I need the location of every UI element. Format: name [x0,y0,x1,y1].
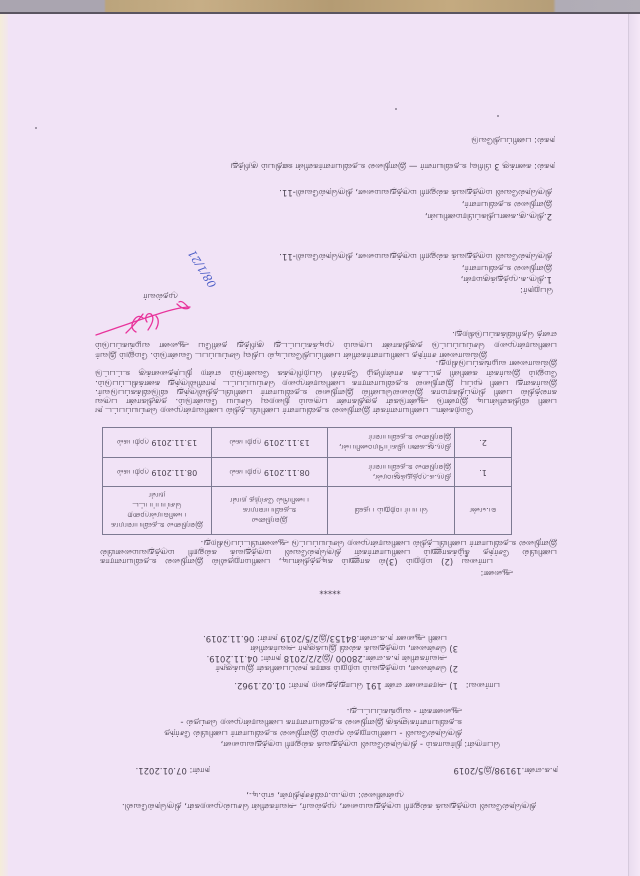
reference-item: 2) சென்னை, மருத்துவம் மற்றும் ஊரக நலப்பண… [168,662,458,673]
header-serial: வ.எண் [455,487,512,535]
references-label: பார்வை: [460,679,500,690]
recipient-line: இளநிலை உதவியாளர், [352,262,552,273]
recipient-line: திருநெல்வேலி மருத்துவக் கல்லூரி மருத்துவ… [214,250,552,261]
recipient-line: 1.திரு.சு.முத்துக்குமரன், [352,273,552,284]
reference-item: 1) அரசாணை எண் 191 பொதுத்துறை நாள்: 01.02… [168,679,458,690]
recipients-label: பெறுநர்: [503,284,553,295]
cell-joined-date: 13.11.2019 முற்பகல் [212,428,328,458]
reference-number: ந.க.எண்.19198/இ5/2019 [418,764,558,775]
office-title: திருநெல்வேலி மருத்துவக் கல்லூரி மருத்துவ… [100,800,558,811]
paragraph-line: இவ்வாணை சார்ந்த பணியாளர்களின் பணிப்பதிவே… [95,349,487,360]
section-separator: ***** [300,584,360,595]
reference-item-continued: பணி ஆணை ந.க.எண்.84153/இ2/5/2019 நாள்: 06… [167,632,447,643]
reference-item: 3) சென்னை, மருத்துவக் கல்வி இயக்குநர் அவ… [168,642,458,653]
copy-line: நகல்: கணக்கு 3 பிரிவு உதவியாளர் — இளநிலை… [135,160,555,171]
table-row: 2. திரு.கு.கணபதிசுப்பிரமணியன், இளநிலை உத… [103,428,512,458]
signatory-title: முதல்வர் [133,290,188,301]
presence-line: முன்னிலை: மரு.ம.ரவிச்சந்திரன், எம்.டி., [205,789,445,800]
order-label: ஆணை: [473,567,513,578]
subject-line: ஆணைகள் - வழங்கப்பட்டது. [157,705,462,716]
staff-table: வ.எண் பெயர் மற்றும் பதவி இளநிலை உதவியாளர… [102,427,512,535]
subject-line: திருநெல்வேலி - பணிமாறுதல் மூலம் இளநிலை உ… [157,727,462,738]
scanned-document-page: திருநெல்வேலி மருத்துவக் கல்லூரி மருத்துவ… [0,0,640,876]
cell-regularized-date: 13.11.2019 முற்பகல் [103,428,212,458]
subject-label: பொருள்: [462,738,500,749]
subject-line: உதவியாளர்களுக்கு இளநிலை உதவியாளராக பணிவர… [157,716,462,727]
order-date: நாள்: 07.01.2021. [110,764,210,775]
reference-item-continued: அவர்களின் ந.க.எண்.28000 /இ2/2/2018 நாள்:… [167,652,447,663]
header-joined-date: இளநிலை உதவியாளராக பணியில் சேர்ந்த நாள் [212,487,328,535]
order-line: இளநிலை உதவியாளர் பணியிடத்தில் பணிவரன்முற… [100,537,557,548]
header-name-designation: பெயர் மற்றும் பதவி [328,487,455,535]
recipient-line: திருநெல்வேலி மருத்துவக் கல்லூரி மருத்துவ… [214,186,552,197]
cell-name: திரு.கு.கணபதிசுப்பிரமணியன், இளநிலை உதவிய… [328,428,455,458]
table-header-row: வ.எண் பெயர் மற்றும் பதவி இளநிலை உதவியாளர… [103,487,512,535]
cell-serial: 1. [455,458,512,487]
paragraph-line: இவர்களது பணி மூப்பு இளநிலை உதவியாளராக பண… [95,377,557,388]
table-row: 1. திரு.சு.முத்துக்குமரன், இளநிலை உதவியா… [103,458,512,487]
signature-mark [85,299,200,341]
header-regularized-date: இளநிலை உதவியாளராக பணிவரன்முறை செய்யப்பட்… [103,487,212,535]
recipient-line: 2.திரு.கு.கணபதிசுப்பிரமணியன், [352,210,552,221]
cell-name: திரு.சு.முத்துக்குமரன், இளநிலை உதவியாளர் [328,458,455,487]
subject-line: நிர்வாகம் - திருநெல்வேலி மருத்துவக் கல்ல… [157,738,462,749]
cell-regularized-date: 08.11.2019 முற்பகல் [103,458,212,487]
cell-joined-date: 08.11.2019 முற்பகல் [212,458,328,487]
paragraph-line: எனத் தெரிவிக்கப்படுகிறது. [357,328,557,339]
cell-serial: 2. [455,428,512,458]
paragraph-line: மேலும் இவர்கள் கணினி தட்டச்சு சான்றிதழ் … [95,367,557,378]
recipient-line: இளநிலை உதவியாளர், [352,198,552,209]
copy-line: நகல்: பணிப்பதிவேடு [355,134,555,145]
